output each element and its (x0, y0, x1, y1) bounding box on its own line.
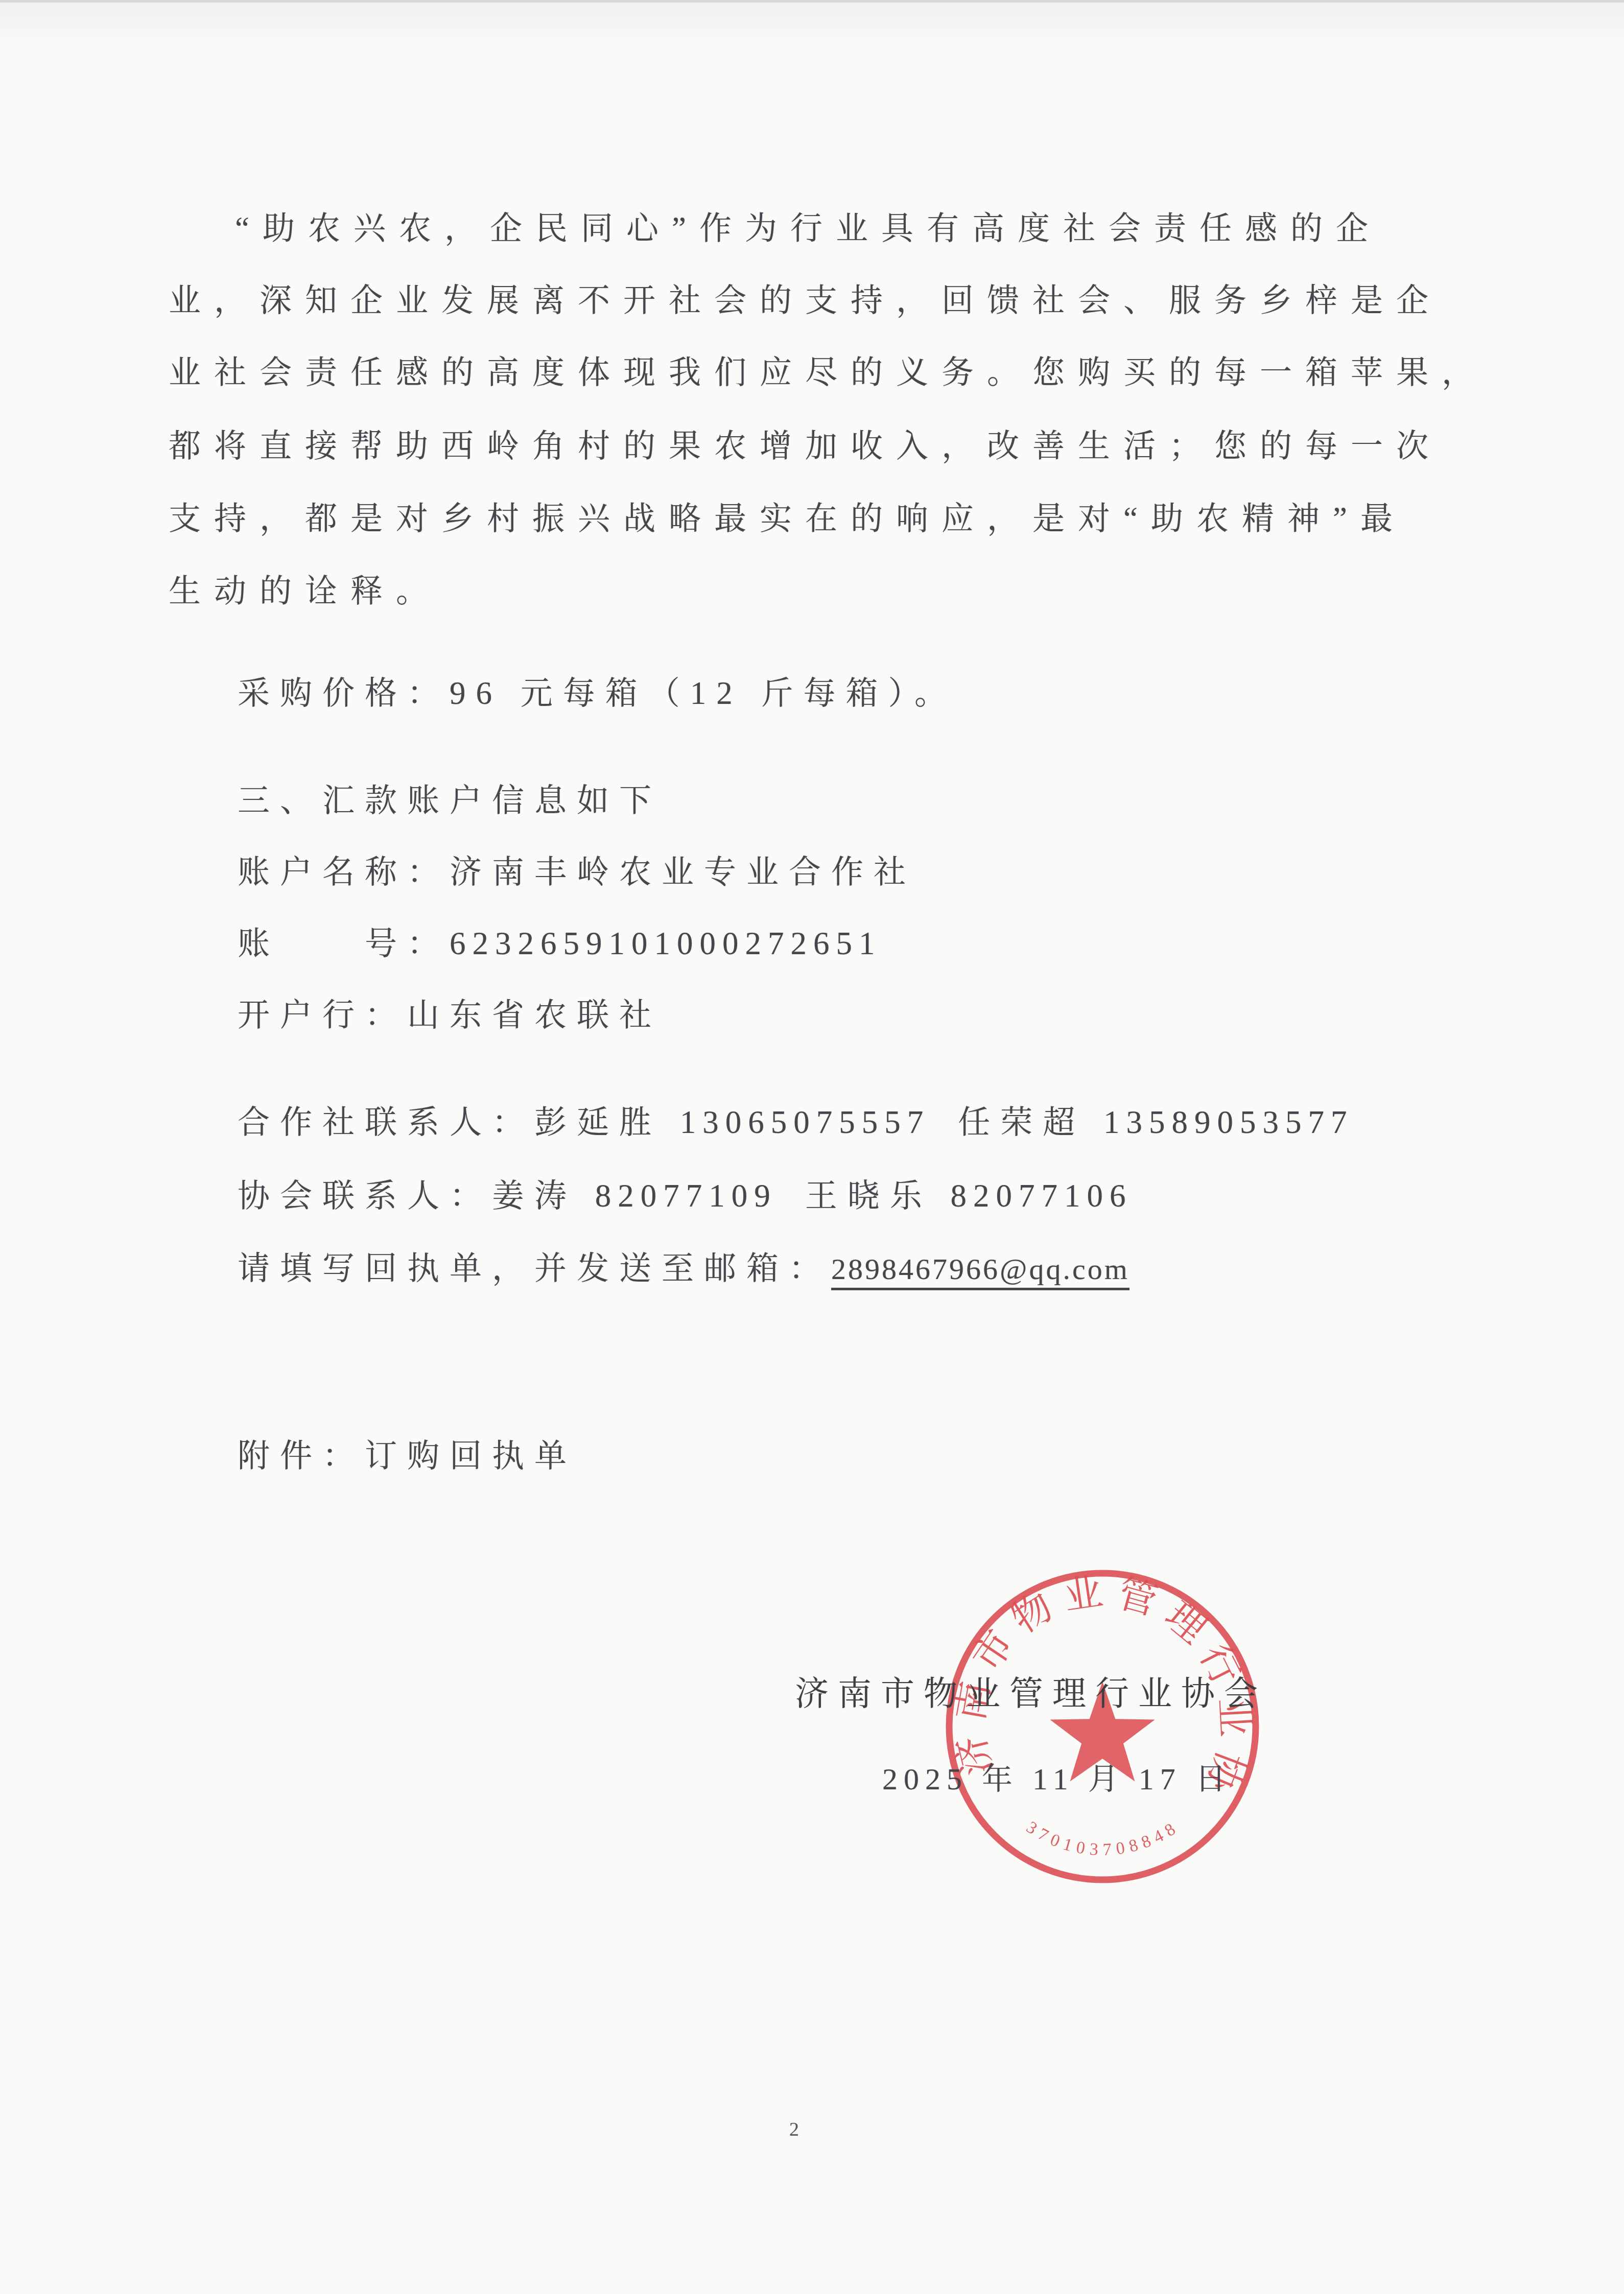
account-number-label: 账 号： (238, 926, 450, 961)
assoc-contacts-line: 协会联系人：姜涛 82077109王晓乐 82077106 (238, 1178, 1133, 1214)
seal-code-text: 370103708848 (1023, 1818, 1181, 1860)
assoc-contacts-label: 协会联系人： (238, 1178, 492, 1214)
price-line: 采购价格：96 元每箱（12 斤每箱）。 (238, 675, 957, 712)
page-number: 2 (789, 2119, 799, 2141)
account-name-line: 账户名称：济南丰岭农业专业合作社 (238, 854, 916, 890)
section-heading: 三、汇款账户信息如下 (238, 783, 662, 819)
contact-name: 王晓乐 (805, 1178, 932, 1214)
paragraph-line: 都将直接帮助西岭角村的果农增加收入，改善生活；您的每一次 (169, 428, 1442, 464)
coop-contacts-line: 合作社联系人：彭延胜 13065075557任荣超 13589053577 (238, 1104, 1354, 1141)
paragraph-line: 业，深知企业发展离不开社会的支持，回馈社会、服务乡梓是企 (169, 282, 1442, 319)
contact-name: 彭延胜 (534, 1104, 662, 1140)
contact-phone: 82077109 (595, 1178, 777, 1214)
account-number-line: 账 号：6232659101000272651 (238, 926, 882, 962)
attachment-line: 附件：订购回执单 (238, 1438, 577, 1474)
scanned-document-page: “助农兴农，企民同心”作为行业具有高度社会责任感的企 业，深知企业发展离不开社会… (0, 0, 1624, 2294)
coop-contacts-label: 合作社联系人： (238, 1104, 534, 1140)
paragraph-line: 支持，都是对乡村振兴战略最实在的响应，是对“助农精神”最 (169, 501, 1406, 537)
official-seal: 济南市物业管理行业协会 370103708848 (940, 1564, 1267, 1891)
contact-name: 姜涛 (492, 1178, 577, 1214)
contact-name: 任荣超 (958, 1104, 1085, 1140)
account-number-value: 6232659101000272651 (450, 926, 882, 961)
email-line-prefix: 请填写回执单，并发送至邮箱： (238, 1250, 831, 1286)
email-line: 请填写回执单，并发送至邮箱：2898467966@qq.com (238, 1250, 1129, 1287)
paragraph-line: 业社会责任感的高度体现我们应尽的义务。您购买的每一箱苹果， (169, 354, 1487, 391)
contact-phone: 13589053577 (1103, 1104, 1354, 1140)
contact-phone: 82077106 (951, 1178, 1133, 1214)
contact-phone: 13065075557 (680, 1104, 930, 1140)
paragraph-line: 生动的诠释。 (169, 573, 441, 609)
email-address: 2898467966@qq.com (831, 1252, 1129, 1290)
signature-organization: 济南市物业管理行业协会 (795, 1675, 1267, 1713)
scan-top-shade (0, 3, 1624, 49)
signature-date: 2025 年 11 月 17 日 (882, 1762, 1232, 1796)
paragraph-line: “助农兴农，企民同心”作为行业具有高度社会责任感的企 (235, 210, 1381, 247)
bank-line: 开户行：山东省农联社 (238, 997, 662, 1033)
